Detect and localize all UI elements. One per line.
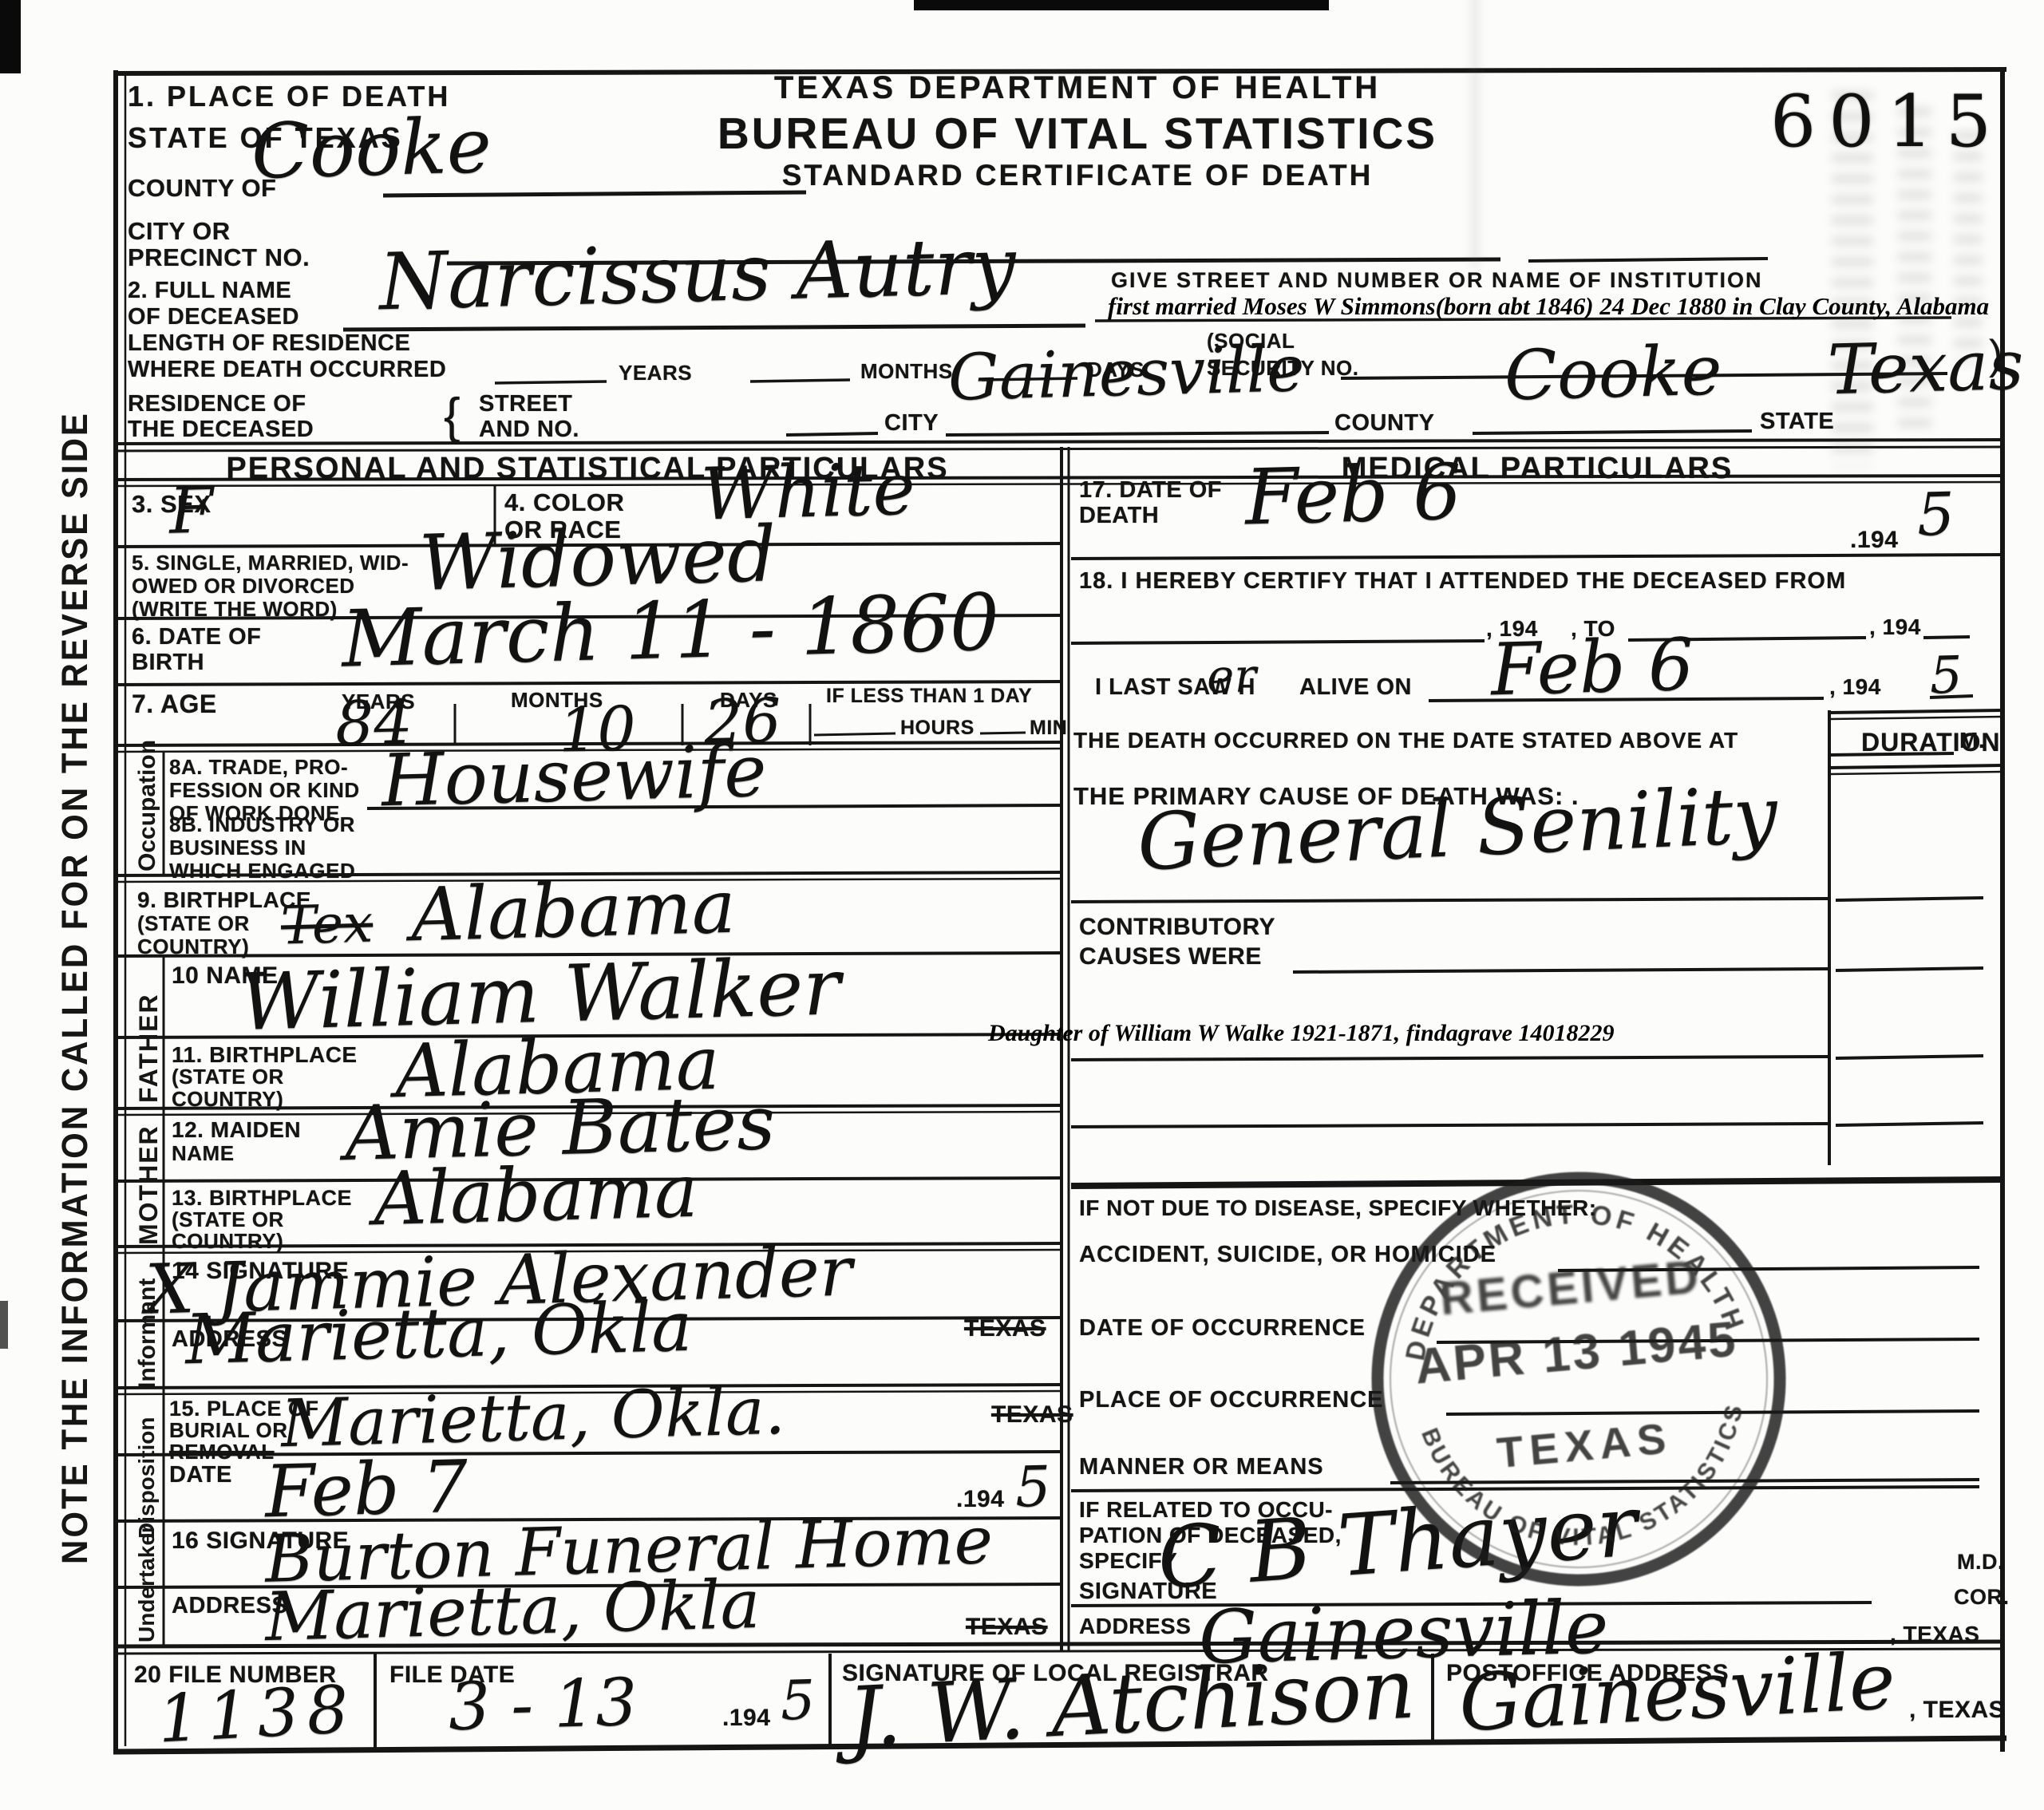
dod-year-printed: .194 [1850,527,1898,554]
full-name-value: Narcissus Autry [378,227,1017,322]
agency-line1: TEXAS DEPARTMENT OF HEALTH [607,70,1548,106]
birthplace-label-3: COUNTRY) [137,935,249,959]
side-label-disposition: Disposition [134,1417,160,1539]
marriage-annotation: first married Moses W Simmons(born abt 1… [1108,292,1989,321]
md-address-label: ADDRESS [1079,1614,1191,1639]
date-occurrence-label: DATE OF OCCURRENCE [1079,1315,1366,1342]
side-label-undertaker: Undertaker [134,1524,160,1642]
marital-label-1: 5. SINGLE, MARRIED, WID- [132,551,409,575]
residence-state-label: STATE [1760,409,1834,435]
informant-struck-texas: TEXAS [964,1315,1046,1342]
residence-city-value: Gainesville [947,337,1305,410]
undertaker-address-value: Marietta, Okla [264,1571,761,1650]
dob-value: March 11 - 1860 [341,583,1001,679]
certify-to-year: , 194 [1869,615,1921,640]
trade-label-2: FESSION OR KIND [169,778,360,803]
industry-label-3: WHICH ENGAGED [169,859,355,883]
sex-value: F [168,478,215,543]
length-residence-label-2: WHERE DEATH OCCURRED [128,357,446,383]
maiden-label-1: 12. MAIDEN [172,1117,301,1143]
residence-county-label: COUNTY [1334,410,1434,437]
city-label: CITY [884,410,939,437]
certificate-number: 6015 [1770,80,2004,164]
city-or-label: CITY OR [128,217,231,246]
length-residence-label-1: LENGTH OF RESIDENCE [128,330,410,357]
file-year-written: 5 [780,1674,816,1729]
county-value: Cooke [251,109,492,191]
scan-artifact [0,1301,8,1349]
last-saw-year: , 194 [1829,674,1881,700]
age-label: 7. AGE [132,690,217,719]
received-stamp: DEPARTMENT OF HEALTH BUREAU OF VITAL STA… [1337,1137,1821,1622]
residence-label-1: RESIDENCE OF [128,391,306,417]
dob-label-2: BIRTH [132,650,204,676]
dod-year-written: 5 [1916,484,1955,544]
precinct-no-label: PRECINCT NO. [128,243,310,272]
if-less-label: IF LESS THAN 1 DAY [826,685,1032,708]
trade-value: Housewife [381,736,768,818]
marital-label-2: OWED OR DIVORCED [132,574,355,599]
industry-label-1: 8B. INDUSTRY OR [169,812,355,837]
last-saw-label-2: ALIVE ON [1299,674,1412,701]
years-label: YEARS [619,361,692,385]
father-birthplace-label-3: COUNTRY) [172,1087,283,1112]
min-label: MIN [1030,717,1067,740]
dod-label-2: DEATH [1079,503,1159,529]
full-name-label-2: OF DECEASED [128,304,299,330]
residence-county-value: Cooke [1504,336,1723,410]
father-birthplace-label-2: (STATE OR [172,1065,284,1089]
burial-date-label: DATE [169,1462,232,1488]
md-suffix: M.D. [1957,1550,2004,1575]
dod-label-1: 17. DATE OF [1079,477,1222,504]
file-number-value: 1138 [156,1678,358,1753]
street-label-1: STREET [479,391,572,417]
birthplace-value: Alabama [410,871,737,953]
duration-label: DURATION [1861,728,2001,757]
postoffice-value: Gainesville [1457,1642,1897,1743]
dod-value: Feb 6 [1244,453,1463,535]
agency-line2: BUREAU OF VITAL STATISTICS [607,108,1548,159]
agency-line3: STANDARD CERTIFICATE OF DEATH [607,159,1548,192]
burial-year-written: 5 [1014,1458,1051,1515]
institution-note: GIVE STREET AND NUMBER OR NAME OF INSTIT… [1111,268,1763,293]
mother-birthplace-value: Alabama [373,1155,699,1237]
md-address-state: , TEXAS [1890,1622,1979,1647]
trade-label-1: 8A. TRADE, PRO- [169,755,348,780]
informant-address-value: Marietta, Okla [184,1293,693,1375]
marital-label-3: (WRITE THE WORD) [132,597,338,622]
residence-state-value: Texas [1827,331,2025,405]
footer-state-suffix: , TEXAS [1909,1697,2005,1724]
last-saw-year-written: 5 [1929,650,1963,701]
birthplace-struck-value: Tex [280,898,374,953]
burial-struck-texas: TEXAS [991,1401,1073,1429]
stamp-date-text: APR 13 1945 [1413,1312,1740,1395]
agency-header: TEXAS DEPARTMENT OF HEALTH BUREAU OF VIT… [607,70,1548,192]
contributory-label-1: CONTRIBUTORY [1079,914,1275,941]
scan-artifact [914,0,1329,10]
certify-line: 18. I HEREBY CERTIFY THAT I ATTENDED THE… [1079,568,1846,595]
hours-label: HOURS [900,717,975,740]
burial-label-3: REMOVAL [169,1440,275,1464]
father-annotation: Daughter of William W Walke 1921-1871, f… [988,1020,1615,1047]
file-date-value: 3 - 13 [448,1670,638,1741]
place-occurrence-label: PLACE OF OCCURRENCE [1079,1387,1384,1413]
contributory-label-2: CAUSES WERE [1079,943,1262,970]
maiden-label-2: NAME [172,1141,235,1166]
last-saw-written: er [1206,652,1257,700]
file-year-printed: .194 [722,1705,770,1732]
death-occurred-line: THE DEATH OCCURRED ON THE DATE STATED AB… [1073,728,1738,753]
months-label: MONTHS [860,359,953,384]
stamp-state-text: TEXAS [1495,1414,1674,1477]
margin-note: NOTE THE INFORMATION CALLED FOR ON THE R… [54,411,96,1564]
color-label-1: 4. COLOR [504,488,624,517]
birthplace-label-2: (STATE OR [137,911,250,936]
last-saw-value: Feb 6 [1490,630,1695,707]
dob-label-1: 6. DATE OF [132,624,261,650]
death-certificate-scan: NOTE THE INFORMATION CALLED FOR ON THE R… [0,0,2044,1810]
full-name-label-1: 2. FULL NAME [128,278,291,304]
side-label-mother: MOTHER [134,1124,164,1245]
side-label-father: FATHER [134,993,164,1103]
cor-suffix: COR. [1954,1585,2010,1610]
personal-header: PERSONAL AND STATISTICAL PARTICULARS [113,452,1062,486]
industry-label-2: BUSINESS IN [169,836,306,860]
undertaker-struck-texas: TEXAS [966,1614,1048,1641]
side-label-occupation: Occupation [134,740,161,871]
scan-artifact [0,0,21,73]
residence-brace: { [444,388,461,445]
burial-place-value: Marietta, Okla. [280,1379,786,1458]
residence-label-2: THE DECEASED [128,417,314,443]
manner-means-label: MANNER OR MEANS [1079,1454,1324,1480]
street-label-2: AND NO. [479,417,579,443]
